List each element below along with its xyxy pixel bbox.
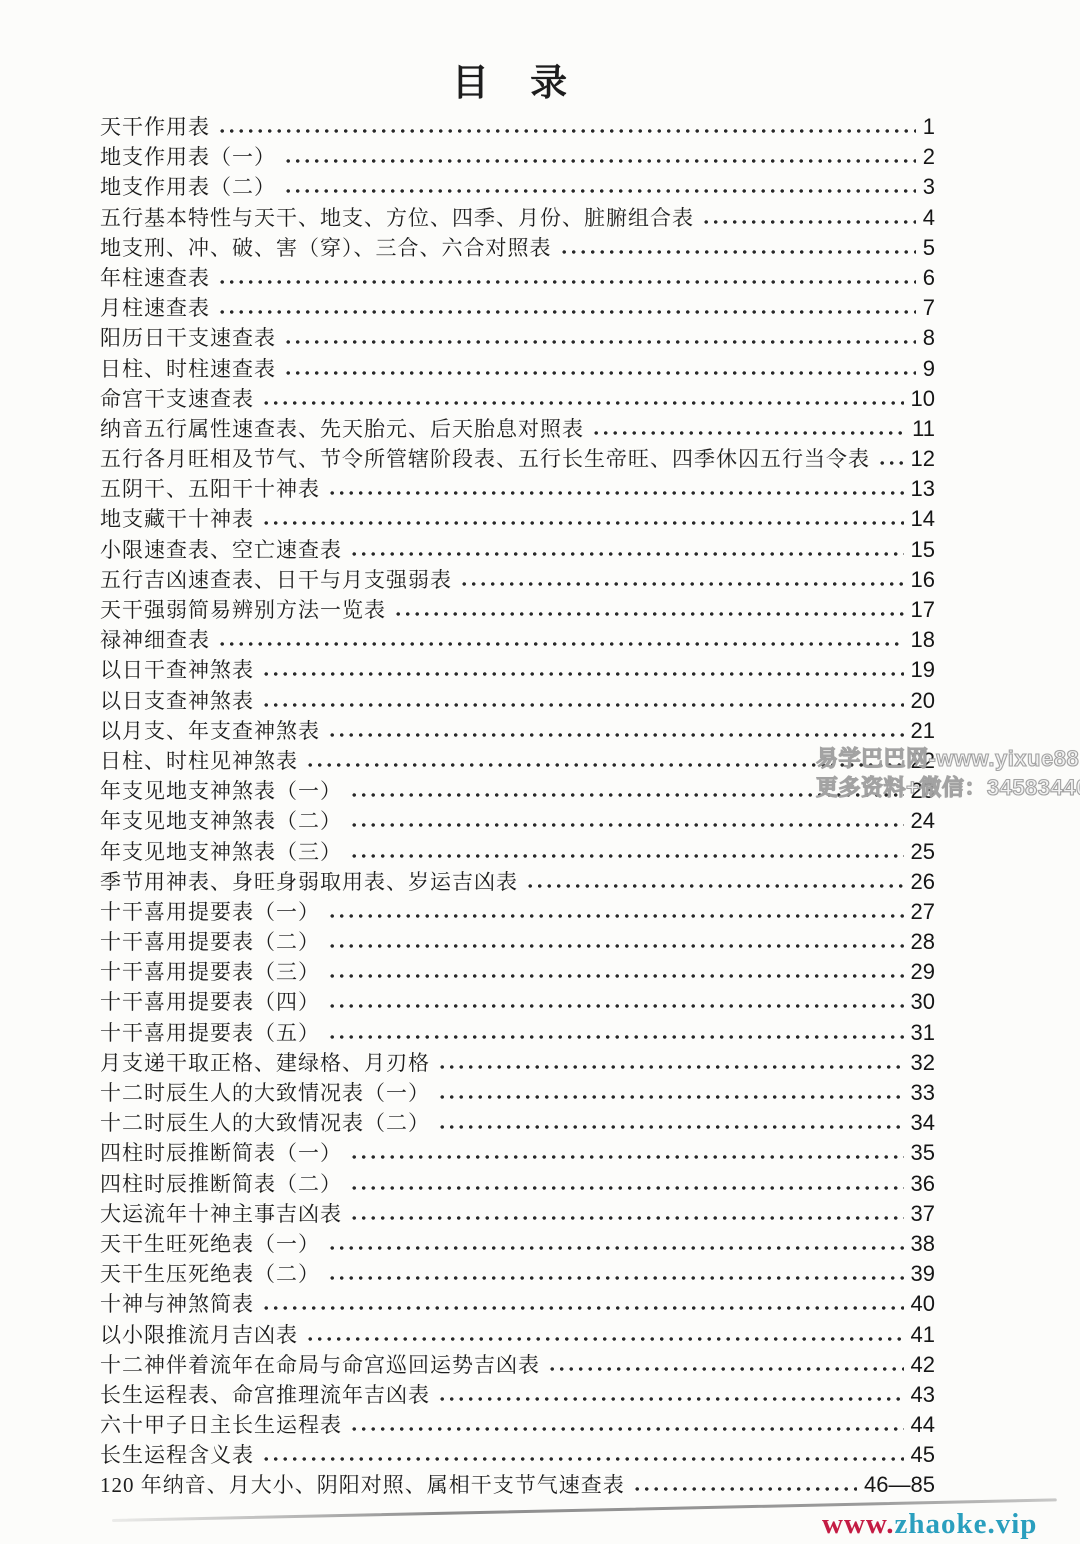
scanned-toc-page: 目 录 天干作用表1地支作用表（一）2地支作用表（二）3五行基本特性与天干、地支… <box>0 0 1080 1544</box>
dot-leader <box>352 853 904 859</box>
toc-entry-label: 十神与神煞简表 <box>100 1289 254 1319</box>
toc-entry-label: 五行各月旺相及节气、节令所管辖阶段表、五行长生帝旺、四季休囚五行当令表 <box>100 444 870 474</box>
toc-entry-page: 34 <box>911 1108 935 1138</box>
dot-leader <box>286 370 916 376</box>
brand-domain: zhaoke.vip <box>894 1508 1037 1540</box>
toc-row: 季节用神表、身旺身弱取用表、岁运吉凶表26 <box>100 867 935 897</box>
toc-entry-page: 19 <box>911 655 935 685</box>
toc-entry-page: 39 <box>911 1259 935 1289</box>
toc-entry-label: 天干强弱简易辨别方法一览表 <box>100 595 386 625</box>
toc-entry-page: 44 <box>911 1410 935 1440</box>
toc-entry-page: 43 <box>911 1380 935 1410</box>
toc-entry-label: 120 年纳音、月大小、阴阳对照、属相干支节气速查表 <box>100 1470 625 1500</box>
toc-row: 以日支查神煞表20 <box>100 686 935 716</box>
toc-row: 四柱时辰推断简表（二）36 <box>100 1169 935 1199</box>
toc-entry-label: 地支藏干十神表 <box>100 504 254 534</box>
toc-row: 月柱速查表7 <box>100 293 935 323</box>
dot-leader <box>330 943 904 949</box>
dot-leader <box>220 309 916 315</box>
toc-row: 月支递干取正格、建绿格、月刃格32 <box>100 1048 935 1078</box>
toc-entry-label: 禄神细查表 <box>100 625 210 655</box>
toc-entry-label: 十干喜用提要表（三） <box>100 957 320 987</box>
toc-entry-label: 五阴干、五阳干十神表 <box>100 474 320 504</box>
toc-entry-label: 地支作用表（一） <box>100 142 276 172</box>
dot-leader <box>704 219 916 225</box>
toc-entry-label: 长生运程表、命宫推理流年吉凶表 <box>100 1380 430 1410</box>
toc-entry-label: 月柱速查表 <box>100 293 210 323</box>
dot-leader <box>330 913 904 919</box>
toc-entry-label: 以日干查神煞表 <box>100 655 254 685</box>
toc-entry-page: 45 <box>911 1440 935 1470</box>
toc-entry-label: 天干生压死绝表（二） <box>100 1259 320 1289</box>
toc-row: 纳音五行属性速查表、先天胎元、后天胎息对照表11 <box>100 414 935 444</box>
dot-leader <box>308 762 904 768</box>
toc-row: 小限速查表、空亡速查表15 <box>100 535 935 565</box>
toc-row: 十神与神煞简表40 <box>100 1289 935 1319</box>
toc-row: 五阴干、五阳干十神表13 <box>100 474 935 504</box>
dot-leader <box>330 1275 904 1281</box>
toc-entry-page: 4 <box>923 203 935 233</box>
toc-entry-page: 9 <box>923 354 935 384</box>
toc-entry-page: 32 <box>911 1048 935 1078</box>
dot-leader <box>220 128 916 134</box>
dot-leader <box>440 1124 904 1130</box>
dot-leader <box>286 188 916 194</box>
toc-entry-page: 27 <box>911 897 935 927</box>
dot-leader <box>264 400 904 406</box>
toc-row: 天干强弱简易辨别方法一览表17 <box>100 595 935 625</box>
toc-row: 四柱时辰推断简表（一）35 <box>100 1138 935 1168</box>
dot-leader <box>330 973 904 979</box>
toc-entry-label: 十干喜用提要表（二） <box>100 927 320 957</box>
dot-leader <box>264 1456 904 1462</box>
dot-leader <box>330 490 904 496</box>
dot-leader <box>220 641 904 647</box>
toc-entry-page: 16 <box>911 565 935 595</box>
toc-entry-label: 日柱、时柱见神煞表 <box>100 746 298 776</box>
toc-row: 六十甲子日主长生运程表44 <box>100 1410 935 1440</box>
toc-row: 天干作用表1 <box>100 112 935 142</box>
toc-entry-label: 十干喜用提要表（一） <box>100 897 320 927</box>
toc-row: 天干生旺死绝表（一）38 <box>100 1229 935 1259</box>
toc-entry-page: 37 <box>911 1199 935 1229</box>
dot-leader <box>264 520 904 526</box>
site-brand: www.zhaoke.vip <box>822 1508 1037 1541</box>
toc-entry-label: 十二时辰生人的大致情况表（一） <box>100 1078 430 1108</box>
dot-leader <box>440 1094 904 1100</box>
dot-leader <box>352 822 904 828</box>
toc-entry-label: 年支见地支神煞表（一） <box>100 776 342 806</box>
toc-entry-page: 41 <box>911 1320 935 1350</box>
toc-row: 以小限推流月吉凶表41 <box>100 1320 935 1350</box>
toc-row: 以月支、年支查神煞表21 <box>100 716 935 746</box>
toc-entry-page: 35 <box>911 1138 935 1168</box>
toc-entry-label: 日柱、时柱速查表 <box>100 354 276 384</box>
toc-entry-label: 以小限推流月吉凶表 <box>100 1320 298 1350</box>
toc-entry-page: 26 <box>911 867 935 897</box>
toc-row: 禄神细查表18 <box>100 625 935 655</box>
dot-leader <box>550 1366 904 1372</box>
dot-leader <box>635 1486 857 1492</box>
toc-entry-label: 以日支查神煞表 <box>100 686 254 716</box>
toc-entry-page: 8 <box>923 323 935 353</box>
watermark: 易学巴巴网-www.yixue88.cn 更多资料+微信：3458344044 <box>816 744 1080 802</box>
toc-list: 天干作用表1地支作用表（一）2地支作用表（二）3五行基本特性与天干、地支、方位、… <box>100 112 935 1501</box>
watermark-line1: 易学巴巴网-www.yixue88.cn <box>816 744 1080 773</box>
toc-row: 五行各月旺相及节气、节令所管辖阶段表、五行长生帝旺、四季休囚五行当令表12 <box>100 444 935 474</box>
toc-entry-page: 15 <box>911 535 935 565</box>
toc-entry-label: 五行吉凶速查表、日干与月支强弱表 <box>100 565 452 595</box>
toc-entry-page: 33 <box>911 1078 935 1108</box>
toc-row: 日柱、时柱见神煞表22 <box>100 746 935 776</box>
toc-row: 十干喜用提要表（二）28 <box>100 927 935 957</box>
toc-entry-page: 5 <box>923 233 935 263</box>
toc-entry-page: 13 <box>911 474 935 504</box>
toc-row: 以日干查神煞表19 <box>100 655 935 685</box>
toc-row: 十干喜用提要表（四）30 <box>100 987 935 1017</box>
toc-row: 日柱、时柱速查表9 <box>100 354 935 384</box>
toc-entry-page: 36 <box>911 1169 935 1199</box>
toc-row: 120 年纳音、月大小、阴阳对照、属相干支节气速查表46—85 <box>100 1470 935 1500</box>
toc-entry-page: 20 <box>911 686 935 716</box>
toc-entry-label: 六十甲子日主长生运程表 <box>100 1410 342 1440</box>
toc-row: 地支藏干十神表14 <box>100 504 935 534</box>
toc-row: 阳历日干支速查表8 <box>100 323 935 353</box>
toc-row: 年支见地支神煞表（一）23 <box>100 776 935 806</box>
dot-leader <box>352 1154 904 1160</box>
toc-entry-page: 12 <box>911 444 935 474</box>
toc-row: 长生运程含义表45 <box>100 1440 935 1470</box>
toc-row: 大运流年十神主事吉凶表37 <box>100 1199 935 1229</box>
toc-row: 五行基本特性与天干、地支、方位、四季、月份、脏腑组合表4 <box>100 203 935 233</box>
toc-entry-label: 月支递干取正格、建绿格、月刃格 <box>100 1048 430 1078</box>
dot-leader <box>352 1215 904 1221</box>
toc-entry-page: 21 <box>911 716 935 746</box>
dot-leader <box>330 1245 904 1251</box>
toc-entry-page: 30 <box>911 987 935 1017</box>
dot-leader <box>264 671 904 677</box>
toc-entry-label: 天干生旺死绝表（一） <box>100 1229 320 1259</box>
toc-entry-label: 纳音五行属性速查表、先天胎元、后天胎息对照表 <box>100 414 584 444</box>
toc-entry-page: 31 <box>911 1018 935 1048</box>
toc-row: 十二时辰生人的大致情况表（一）33 <box>100 1078 935 1108</box>
toc-entry-label: 命宫干支速查表 <box>100 384 254 414</box>
toc-row: 长生运程表、命宫推理流年吉凶表43 <box>100 1380 935 1410</box>
toc-entry-page: 2 <box>923 142 935 172</box>
toc-entry-page: 24 <box>911 806 935 836</box>
dot-leader <box>594 430 905 436</box>
toc-entry-label: 地支刑、冲、破、害（穿）、三合、六合对照表 <box>100 233 552 263</box>
dot-leader <box>352 551 904 557</box>
dot-leader <box>264 1305 904 1311</box>
dot-leader <box>330 1034 904 1040</box>
toc-entry-label: 天干作用表 <box>100 112 210 142</box>
toc-entry-label: 小限速查表、空亡速查表 <box>100 535 342 565</box>
toc-row: 十二神伴着流年在命局与命宫巡回运势吉凶表42 <box>100 1350 935 1380</box>
toc-entry-label: 长生运程含义表 <box>100 1440 254 1470</box>
toc-row: 年支见地支神煞表（三）25 <box>100 837 935 867</box>
toc-entry-page: 10 <box>911 384 935 414</box>
dot-leader <box>330 732 904 738</box>
page-title: 目 录 <box>0 52 1035 106</box>
toc-entry-page: 42 <box>911 1350 935 1380</box>
toc-row: 五行吉凶速查表、日干与月支强弱表16 <box>100 565 935 595</box>
toc-entry-label: 以月支、年支查神煞表 <box>100 716 320 746</box>
toc-entry-page: 40 <box>911 1289 935 1319</box>
dot-leader <box>352 1426 904 1432</box>
toc-entry-page: 46—85 <box>864 1470 935 1500</box>
toc-entry-label: 四柱时辰推断简表（二） <box>100 1169 342 1199</box>
toc-row: 年支见地支神煞表（二）24 <box>100 806 935 836</box>
toc-entry-page: 11 <box>912 414 935 444</box>
toc-entry-label: 阳历日干支速查表 <box>100 323 276 353</box>
toc-entry-label: 十干喜用提要表（四） <box>100 987 320 1017</box>
toc-row: 十二时辰生人的大致情况表（二）34 <box>100 1108 935 1138</box>
toc-entry-label: 年支见地支神煞表（三） <box>100 837 342 867</box>
toc-entry-page: 17 <box>911 595 935 625</box>
toc-entry-page: 7 <box>923 293 935 323</box>
toc-entry-label: 四柱时辰推断简表（一） <box>100 1138 342 1168</box>
dot-leader <box>528 883 904 889</box>
dot-leader <box>264 702 904 708</box>
toc-entry-label: 年支见地支神煞表（二） <box>100 806 342 836</box>
toc-entry-label: 十干喜用提要表（五） <box>100 1018 320 1048</box>
toc-row: 十干喜用提要表（五）31 <box>100 1018 935 1048</box>
toc-entry-label: 大运流年十神主事吉凶表 <box>100 1199 342 1229</box>
toc-row: 年柱速查表6 <box>100 263 935 293</box>
dot-leader <box>286 158 916 164</box>
toc-entry-page: 14 <box>911 504 935 534</box>
brand-www: www. <box>822 1508 894 1540</box>
dot-leader <box>562 249 916 255</box>
dot-leader <box>330 1003 904 1009</box>
toc-row: 地支刑、冲、破、害（穿）、三合、六合对照表5 <box>100 233 935 263</box>
toc-entry-page: 25 <box>911 837 935 867</box>
toc-entry-page: 3 <box>923 172 935 202</box>
toc-entry-page: 18 <box>911 625 935 655</box>
toc-entry-page: 1 <box>923 112 935 142</box>
toc-row: 十干喜用提要表（一）27 <box>100 897 935 927</box>
toc-entry-label: 年柱速查表 <box>100 263 210 293</box>
toc-entry-label: 五行基本特性与天干、地支、方位、四季、月份、脏腑组合表 <box>100 203 694 233</box>
dot-leader <box>462 581 904 587</box>
toc-row: 地支作用表（一）2 <box>100 142 935 172</box>
toc-row: 命宫干支速查表10 <box>100 384 935 414</box>
dot-leader <box>880 460 904 466</box>
dot-leader <box>220 279 916 285</box>
dot-leader <box>396 611 904 617</box>
toc-entry-page: 29 <box>911 957 935 987</box>
toc-entry-page: 38 <box>911 1229 935 1259</box>
toc-row: 天干生压死绝表（二）39 <box>100 1259 935 1289</box>
toc-entry-label: 季节用神表、身旺身弱取用表、岁运吉凶表 <box>100 867 518 897</box>
toc-entry-label: 地支作用表（二） <box>100 172 276 202</box>
toc-entry-page: 6 <box>923 263 935 293</box>
watermark-line2: 更多资料+微信：3458344044 <box>816 773 1080 802</box>
toc-entry-page: 28 <box>911 927 935 957</box>
dot-leader <box>308 1336 904 1342</box>
toc-entry-label: 十二神伴着流年在命局与命宫巡回运势吉凶表 <box>100 1350 540 1380</box>
dot-leader <box>286 339 916 345</box>
toc-row: 地支作用表（二）3 <box>100 172 935 202</box>
dot-leader <box>352 1185 904 1191</box>
dot-leader <box>440 1064 904 1070</box>
dot-leader <box>440 1396 904 1402</box>
toc-row: 十干喜用提要表（三）29 <box>100 957 935 987</box>
toc-entry-label: 十二时辰生人的大致情况表（二） <box>100 1108 430 1138</box>
